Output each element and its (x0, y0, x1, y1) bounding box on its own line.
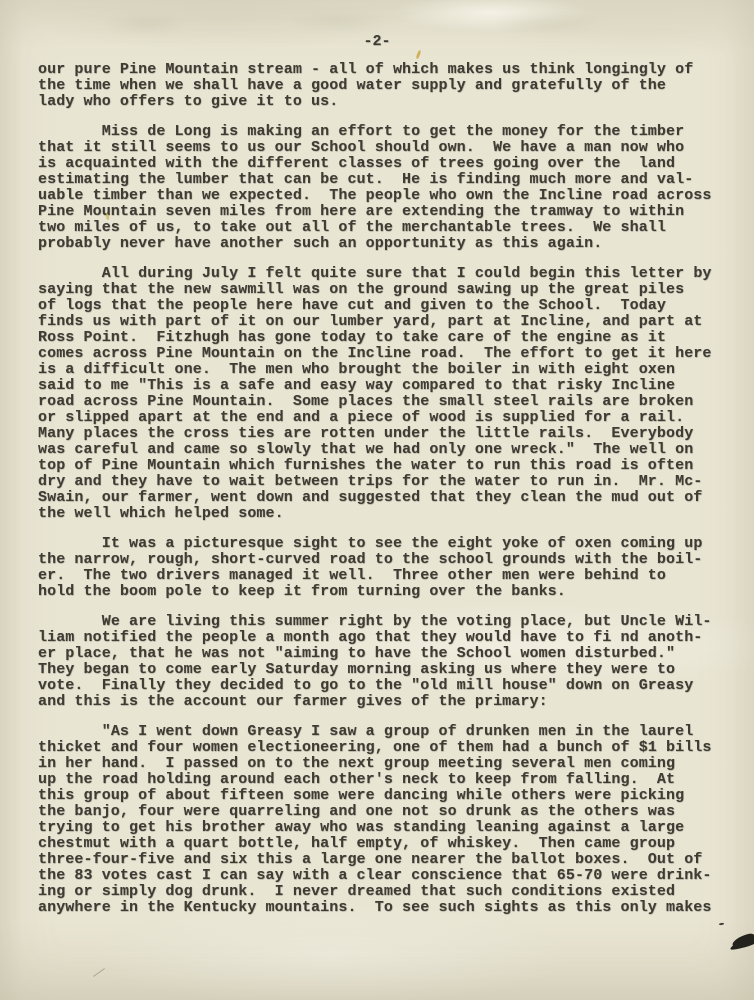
paragraph-sawmill-boiler: All during July I felt quite sure that I… (38, 266, 742, 522)
paragraph-oxen-sight: It was a picturesque sight to see the ei… (38, 536, 742, 600)
paragraph-timber: Miss de Long is making an effort to get … (38, 124, 742, 252)
paper-scratch (93, 968, 105, 977)
paragraph-primary-account: "As I went down Greasy I saw a group of … (38, 724, 742, 916)
ink-smudge-mark (731, 932, 754, 950)
letter-body: our pure Pine Mountain stream - all of w… (38, 62, 742, 930)
paragraph-water-supply: our pure Pine Mountain stream - all of w… (38, 62, 742, 110)
scanned-letter-page: -2- our pure Pine Mountain stream - all … (0, 0, 754, 1000)
page-number: -2- (0, 34, 754, 50)
paper-fleck (416, 50, 422, 59)
paragraph-voting-place: We are living this summer right by the v… (38, 614, 742, 710)
